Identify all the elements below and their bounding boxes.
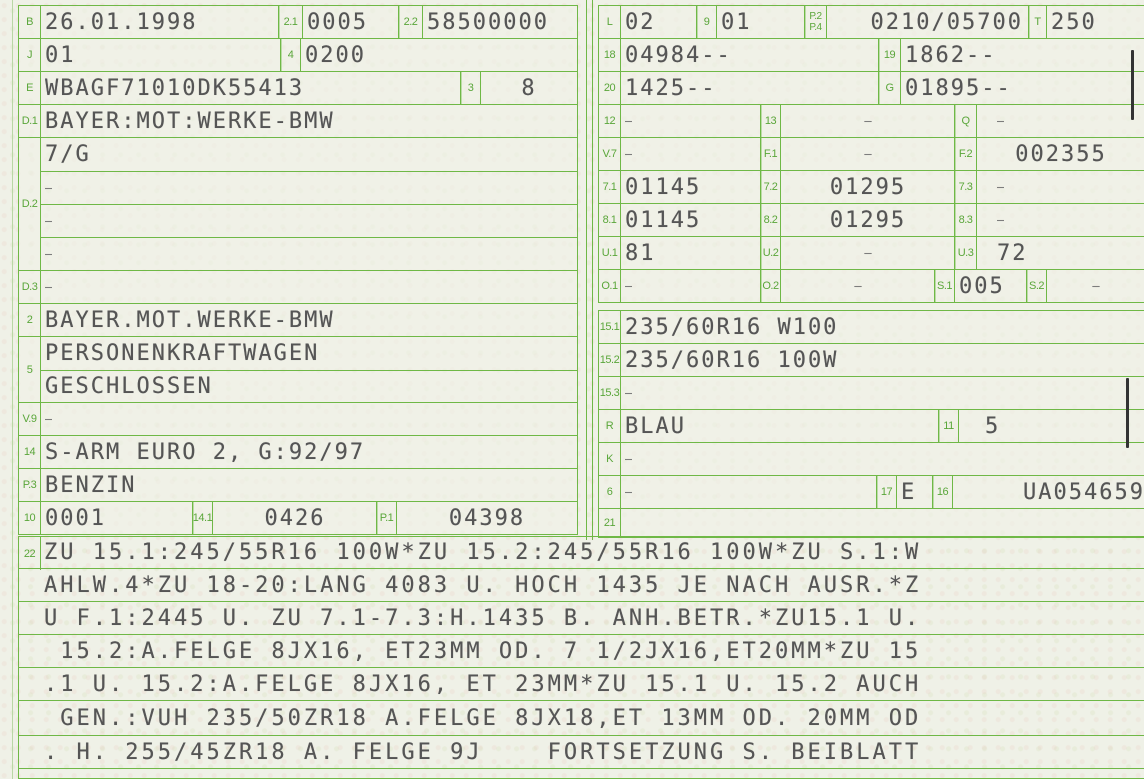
field-label: 9 (697, 6, 717, 38)
color: BLAU (625, 410, 686, 442)
field-8-1: 8.1 01145 (598, 203, 762, 237)
field-label: E (19, 72, 41, 104)
column-divider (586, 0, 587, 540)
remark-line: GEN.:VUH 235/50ZR18 A.FELGE 8JX18,ET 13M… (18, 701, 1144, 736)
remark-line: ZU 15.1:245/55R16 100W*ZU 15.2:245/55R16… (18, 536, 1144, 569)
field-label: J (19, 39, 41, 71)
field-label: T (1029, 6, 1047, 38)
seats: 005 (959, 270, 1005, 302)
field-15-3: 15.3 — (598, 376, 1144, 410)
field-15-1: 15.1 235/60R16 W100 (598, 310, 1144, 344)
field-2: 2 BAYER.MOT.WERKE-BMW (18, 303, 578, 337)
field-label: 18 (599, 39, 621, 71)
field-label: F.2 (955, 138, 977, 170)
remark-line: U F.1:2445 U. ZU 7.1-7.3:H.1435 B. ANH.B… (18, 602, 1144, 635)
variant-line: — (45, 171, 52, 204)
field-label: U.2 (761, 237, 781, 269)
field-15-2: 15.2 235/60R16 100W (598, 343, 1144, 377)
field-V7: V.7 — (598, 137, 762, 171)
tank-capacity: — (625, 105, 632, 137)
margin-line (12, 0, 13, 779)
field-L: L 02 (598, 5, 698, 39)
field-label: 20 (599, 72, 621, 104)
trade-name: — (45, 271, 52, 303)
displacement: 04398 (397, 502, 577, 534)
field-7-1: 7.1 01145 (598, 170, 762, 204)
field-label: 7.2 (761, 171, 781, 203)
field-20: 20 1425-- (598, 71, 880, 105)
field-label: P.3 (19, 469, 41, 501)
field-21: 21 (598, 508, 1144, 538)
pen-mark (1131, 50, 1134, 120)
field-R: R BLAU (598, 409, 940, 443)
field-E: E WBAGF71010DK55413 (18, 71, 462, 105)
max-speed: 250 (1051, 6, 1097, 38)
field-17: 17 E (876, 475, 934, 509)
noise-level: 81 (625, 237, 656, 269)
field-T: T 250 (1028, 5, 1144, 39)
field-label: 17 (877, 476, 897, 508)
length: 04984-- (625, 39, 732, 71)
field-label: F.1 (761, 138, 781, 170)
remark-line: 15.2:A.FELGE 8JX16, ET23MM OD. 7 1/2JX16… (18, 635, 1144, 668)
vin-check-digit: 8 (481, 72, 577, 104)
power-rpm: 0210/05700 (827, 6, 1029, 38)
vehicle-class: 01 (45, 39, 76, 71)
field-label: S.2 (1027, 270, 1047, 302)
field-V9: V.9 — (18, 402, 578, 436)
field-label: 16 (933, 476, 953, 508)
manufacturer-name: BAYER.MOT.WERKE-BMW (45, 304, 335, 336)
field-B: B 26.01.1998 (18, 5, 280, 39)
field-K: K — (598, 442, 1144, 476)
body-type: 0200 (305, 39, 366, 71)
axle-load-1-permitted: 01145 (625, 204, 701, 236)
axle-load-3-permitted: — (997, 204, 1004, 236)
field-S2: S.2 — (1026, 269, 1144, 303)
field-U2: U.2 — (760, 236, 956, 270)
type-variant: 7/G (45, 138, 91, 171)
fuel-type: BENZIN (45, 469, 136, 501)
field-5: 5 PERSONENKRAFTWAGEN GESCHLOSSEN (18, 336, 578, 403)
field-label: V.7 (599, 138, 621, 170)
field-label: D.3 (19, 271, 41, 303)
field-label: P.1 (377, 502, 397, 534)
field-S1: S.1 005 (934, 269, 1028, 303)
field-label: O.1 (599, 270, 621, 302)
curb-weight: 01895-- (905, 72, 1012, 104)
field-7-3: 7.3 — (954, 170, 1144, 204)
field-19: 19 1862-- (878, 38, 1144, 72)
field-label: K (599, 443, 621, 475)
axle-load-3-technical: — (997, 171, 1004, 203)
field-label: 21 (599, 509, 621, 537)
trailer-load-braked: — (625, 270, 632, 302)
emission-key: 0426 (213, 502, 377, 534)
remark-line: .1 U. 15.2:A.FELGE 8JX16, ET 23MM*ZU 15.… (18, 668, 1144, 701)
field-label: 15.3 (599, 377, 621, 409)
field-label: 10 (19, 502, 41, 534)
drive-by-noise: 72 (997, 237, 1028, 269)
field-label: D.2 (19, 138, 41, 270)
field-label: U.3 (955, 237, 977, 269)
field-label: 4 (281, 39, 301, 71)
max-mass-permitted: 002355 (977, 138, 1144, 170)
field-label: 7.3 (955, 171, 977, 203)
first-registration-date: 26.01.1998 (45, 6, 197, 38)
axle-load-2-technical: 01295 (781, 171, 955, 203)
field-8-2: 8.2 01295 (760, 203, 956, 237)
standing-places: — (1047, 270, 1144, 302)
field-label: P.2 P.4 (805, 6, 827, 38)
field-18: 18 04984-- (598, 38, 880, 72)
field-label: 7.1 (599, 171, 621, 203)
manufacturer-code: 0005 (307, 6, 368, 38)
field-Q: Q — (954, 104, 1144, 138)
field-9: 9 01 (696, 5, 806, 39)
field-label: 8.1 (599, 204, 621, 236)
column-divider (592, 0, 593, 540)
field-14: 14 S-ARM EURO 2, G:92/97 (18, 435, 578, 469)
axle-load-1-technical: 01145 (625, 171, 701, 203)
field-label: L (599, 6, 621, 38)
field-D2: D.2 7/G — — — (18, 137, 578, 271)
field-label: Q (955, 105, 977, 137)
vin: WBAGF71010DK55413 (45, 72, 304, 104)
field-U1: U.1 81 (598, 236, 762, 270)
field-F2: F.2 002355 (954, 137, 1144, 171)
field-4: 4 0200 (280, 38, 578, 72)
emission-class: — (45, 403, 52, 435)
field-label: 14 (19, 436, 41, 468)
field-O1: O.1 — (598, 269, 762, 303)
field-label: 13 (761, 105, 781, 137)
field-7-2: 7.2 01295 (760, 170, 956, 204)
width: 1862-- (905, 39, 996, 71)
field-8-3: 8.3 — (954, 203, 1144, 237)
type-code: 58500000 (427, 6, 549, 38)
remark-line: . H. 255/45ZR18 A. FELGE 9J FORTSETZUNG … (18, 736, 1144, 769)
field-D3: D.3 — (18, 270, 578, 304)
field-label: V.9 (19, 403, 41, 435)
field-label: 12 (599, 105, 621, 137)
field-label: 3 (461, 72, 481, 104)
operating-permit-code: E (901, 476, 916, 508)
field-label: D.1 (19, 105, 41, 137)
approval-date: — (625, 476, 632, 508)
field-P1: P.1 04398 (376, 501, 578, 535)
certificate-number: UA054659 (953, 476, 1144, 508)
remark-line: AHLW.4*ZU 18-20:LANG 4083 U. HOCH 1435 J… (18, 569, 1144, 602)
trailer-load-unbraked: — (781, 270, 935, 302)
field-label: O.2 (761, 270, 781, 302)
emission-designation: S-ARM EURO 2, G:92/97 (45, 436, 365, 468)
pen-mark (1126, 378, 1129, 448)
field-label: 5 (19, 337, 41, 402)
field-16: 16 UA054659 (932, 475, 1144, 509)
height: 1425-- (625, 72, 716, 104)
field-J: J 01 (18, 38, 282, 72)
emission-code: 0001 (45, 502, 106, 534)
max-mass-technical: — (781, 138, 955, 170)
field-P2-P4: P.2 P.4 0210/05700 (804, 5, 1030, 39)
field-label: G (879, 72, 901, 104)
field-10: 10 0001 (18, 501, 194, 535)
field-U3: U.3 72 (954, 236, 1144, 270)
field-label: 2 (19, 304, 41, 336)
field-label: 2.1 (279, 6, 303, 38)
field-label: 19 (879, 39, 901, 71)
type-approval-number: — (625, 443, 632, 475)
field-D1: D.1 BAYER:MOT:WERKE-BMW (18, 104, 578, 138)
field-label: 14.1 (193, 502, 213, 534)
axles: 02 (625, 6, 656, 38)
version-line: — (45, 204, 52, 237)
color-code: 5 (985, 410, 1000, 442)
field-label: 8.2 (761, 204, 781, 236)
field-2-1: 2.1 0005 (278, 5, 400, 39)
field-O2: O.2 — (760, 269, 936, 303)
field-label: S.1 (935, 270, 955, 302)
power-weight-ratio: — (997, 105, 1004, 137)
body-description: GESCHLOSSEN (45, 370, 213, 402)
field-G: G 01895-- (878, 71, 1144, 105)
field-12: 12 — (598, 104, 762, 138)
field-label: 15.2 (599, 344, 621, 376)
field-2-2: 2.2 58500000 (398, 5, 578, 39)
driven-axles: 01 (721, 6, 752, 38)
field-label: 15.1 (599, 311, 621, 343)
field-label: 8.3 (955, 204, 977, 236)
co2: — (625, 138, 632, 170)
field-11: 11 5 (938, 409, 1144, 443)
field-label: U.1 (599, 237, 621, 269)
field-label: 6 (599, 476, 621, 508)
field-13: 13 — (760, 104, 956, 138)
make: BAYER:MOT:WERKE-BMW (45, 105, 335, 137)
noise-rpm: — (781, 237, 955, 269)
field-label: 2.2 (399, 6, 423, 38)
field-label: R (599, 410, 621, 442)
field-label: 11 (939, 410, 959, 442)
tires-axle-1: 235/60R16 W100 (625, 311, 838, 343)
support-load: — (781, 105, 955, 137)
field-14-1: 14.1 0426 (192, 501, 378, 535)
tires-axle-2: 235/60R16 100W (625, 344, 838, 376)
registration-document: B 26.01.1998 2.1 0005 2.2 58500000 J 01 … (0, 0, 1144, 779)
field-6: 6 — (598, 475, 878, 509)
version-line-2: — (45, 237, 52, 270)
tires-axle-3: — (625, 377, 632, 409)
field-F1: F.1 — (760, 137, 956, 171)
vehicle-category: PERSONENKRAFTWAGEN (45, 337, 319, 370)
field-3: 3 8 (460, 71, 578, 105)
field-P3: P.3 BENZIN (18, 468, 578, 502)
axle-load-2-permitted: 01295 (781, 204, 955, 236)
field-label: B (19, 6, 41, 38)
